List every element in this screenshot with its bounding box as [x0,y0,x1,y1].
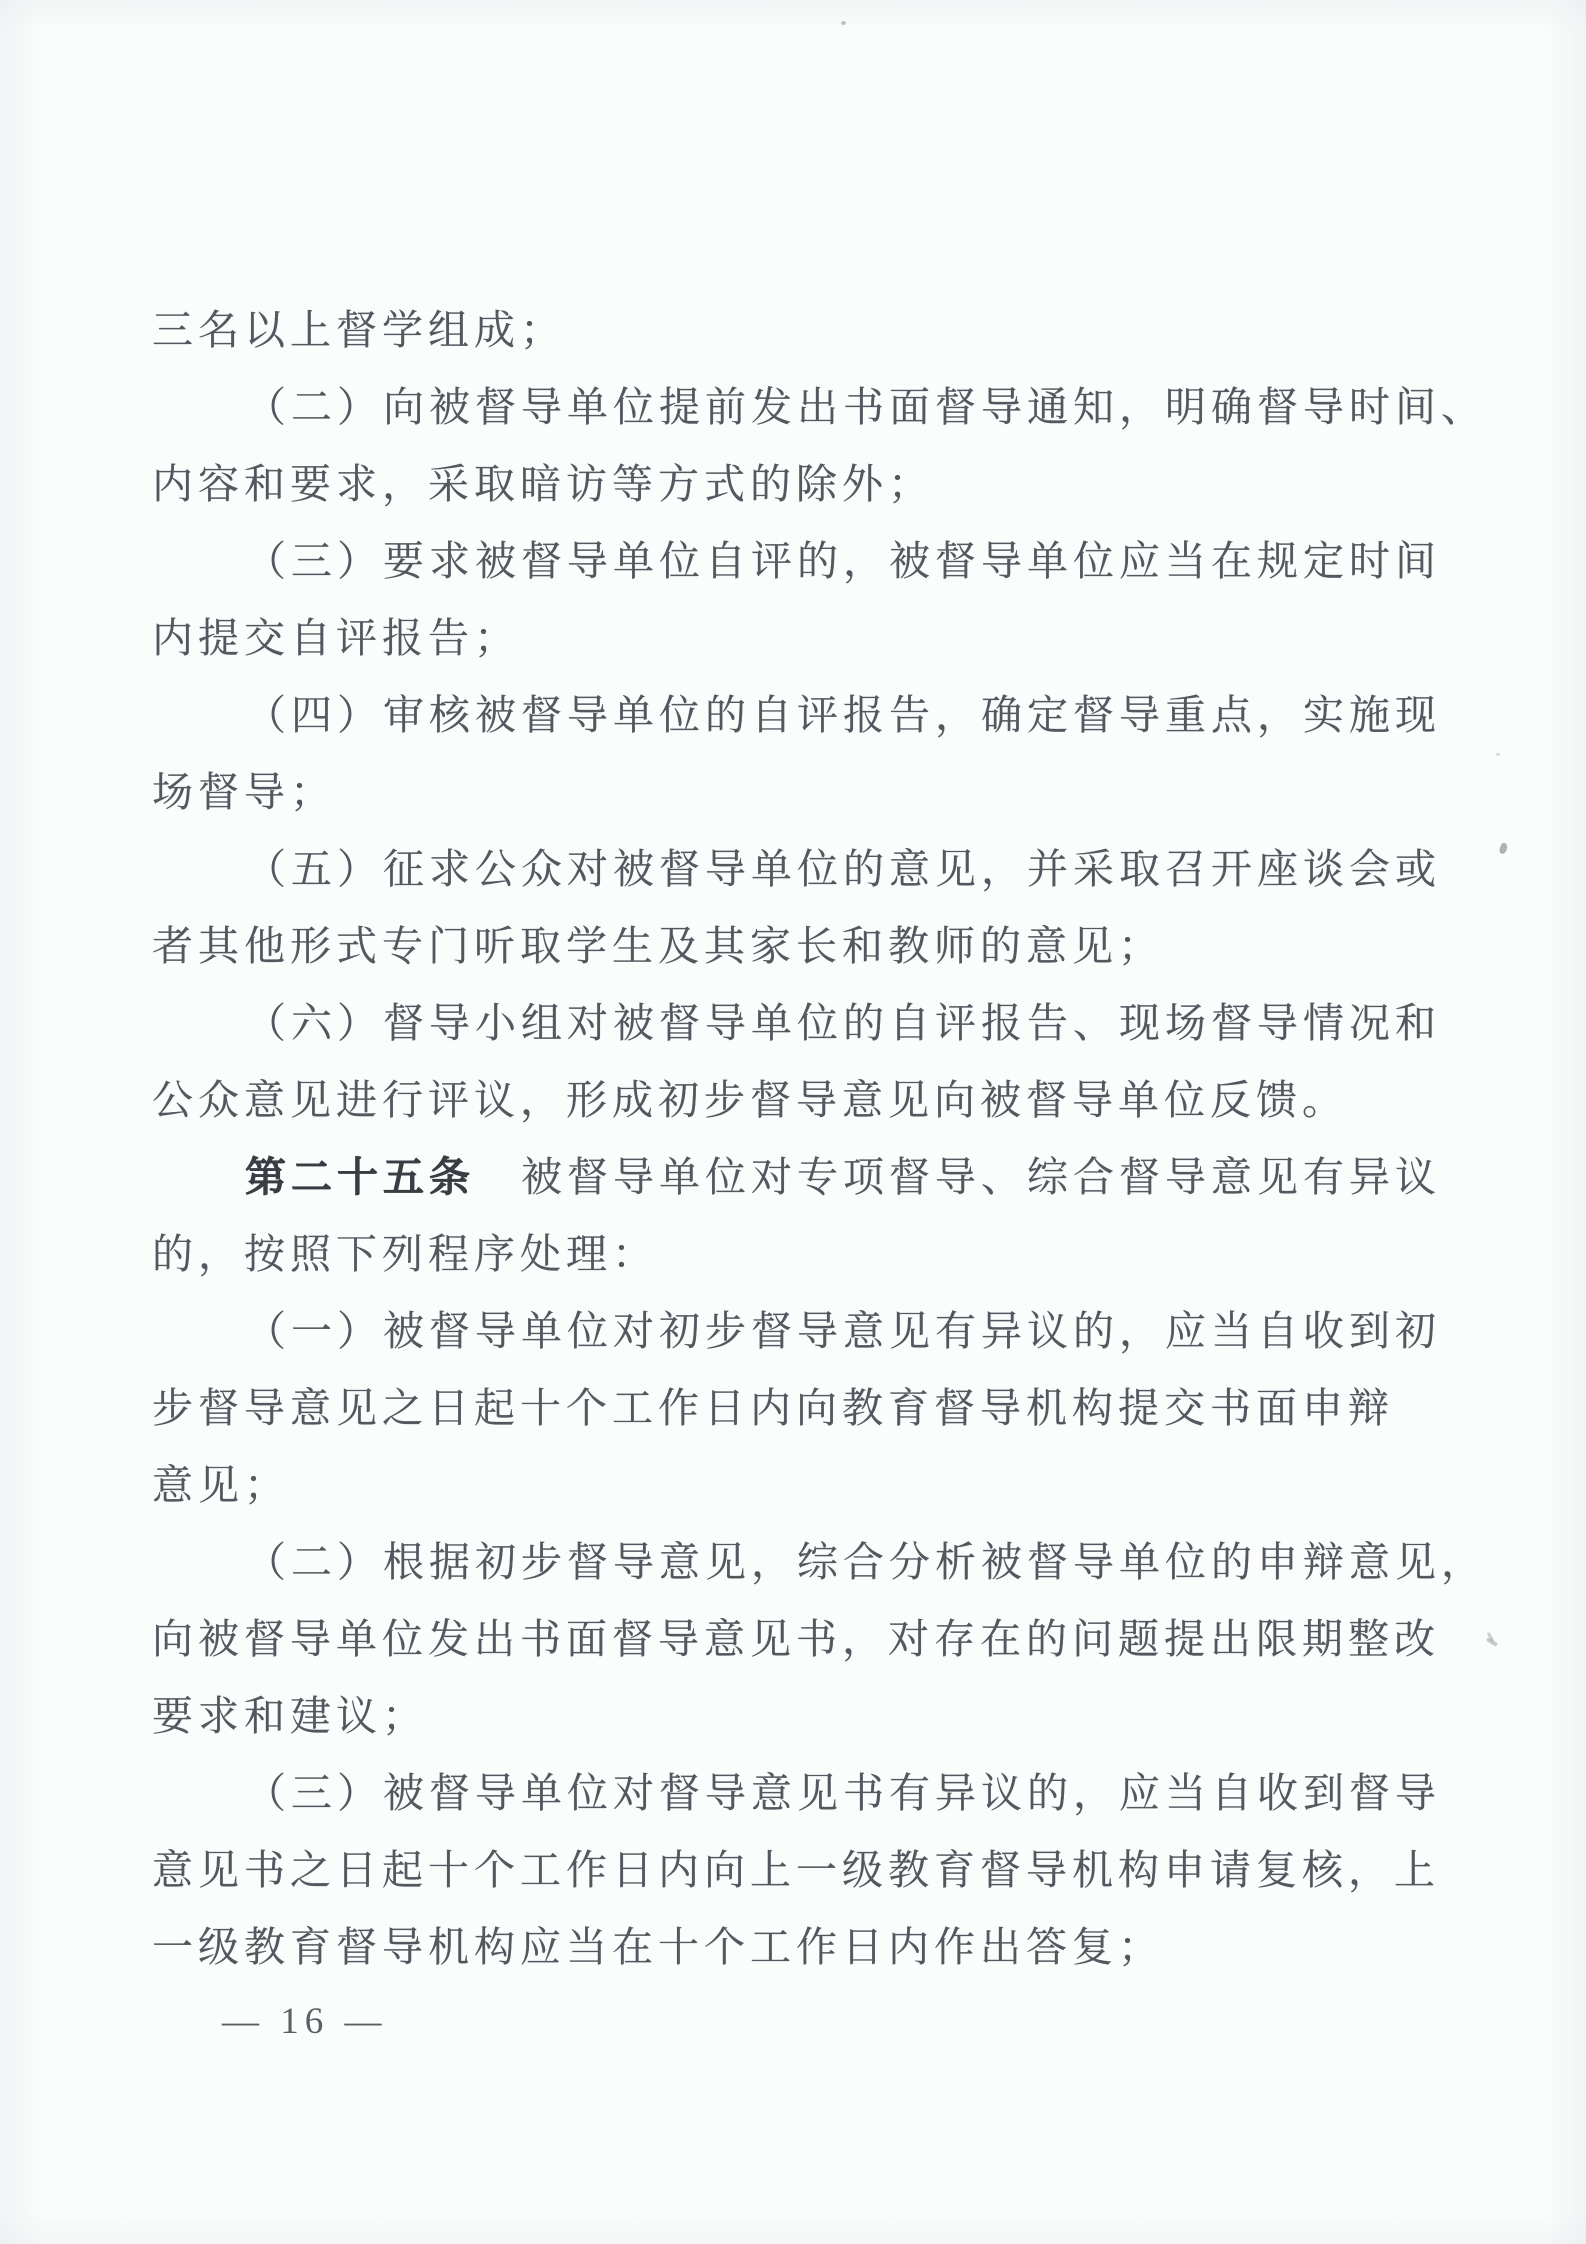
scan-speck [841,21,846,25]
text-line: 一级教育督导机构应当在十个工作日内作出答复； [152,1909,1467,1986]
text-line: 内提交自评报告； [152,600,1467,677]
text-line: （二）根据初步督导意见，综合分析被督导单位的申辩意见， [152,1524,1467,1601]
text-line: （三）要求被督导单位自评的，被督导单位应当在规定时间 [152,523,1467,600]
document-lines: 三名以上督学组成；（二）向被督导单位提前发出书面督导通知，明确督导时间、内容和要… [152,292,1467,1986]
text-line: （六）督导小组对被督导单位的自评报告、现场督导情况和 [152,985,1467,1062]
text-line: 者其他形式专门听取学生及其家长和教师的意见； [152,908,1467,985]
article-number: 第二十五条 [245,1154,475,1200]
text-line: 的，按照下列程序处理： [152,1216,1467,1293]
text-line: 第二十五条 被督导单位对专项督导、综合督导意见有异议 [152,1139,1467,1216]
scanned-document-page: 三名以上督学组成；（二）向被督导单位提前发出书面督导通知，明确督导时间、内容和要… [0,0,1586,2244]
text-line: 向被督导单位发出书面督导意见书，对存在的问题提出限期整改 [152,1601,1467,1678]
text-line: （五）征求公众对被督导单位的意见，并采取召开座谈会或 [152,831,1467,908]
text-line: 内容和要求，采取暗访等方式的除外； [152,446,1467,523]
text-line: 三名以上督学组成； [152,292,1467,369]
text-line: 公众意见进行评议，形成初步督导意见向被督导单位反馈。 [152,1062,1467,1139]
scan-speck [1498,842,1508,855]
text-line: 要求和建议； [152,1678,1467,1755]
text-line: 场督导； [152,754,1467,831]
text-line: （四）审核被督导单位的自评报告，确定督导重点，实施现 [152,677,1467,754]
text-line: 意见； [152,1447,1467,1524]
text-line: （一）被督导单位对初步督导意见有异议的，应当自收到初 [152,1293,1467,1370]
scan-speck [1496,753,1500,756]
document-body: 三名以上督学组成；（二）向被督导单位提前发出书面督导通知，明确督导时间、内容和要… [152,292,1467,1986]
text-line: 步督导意见之日起十个工作日内向教育督导机构提交书面申辩 [152,1370,1467,1447]
text-line: 意见书之日起十个工作日内向上一级教育督导机构申请复核，上 [152,1832,1467,1909]
text-line: （三）被督导单位对督导意见书有异议的，应当自收到督导 [152,1755,1467,1832]
page-number: — 16 — [222,2000,388,2043]
text-line: （二）向被督导单位提前发出书面督导通知，明确督导时间、 [152,369,1467,446]
